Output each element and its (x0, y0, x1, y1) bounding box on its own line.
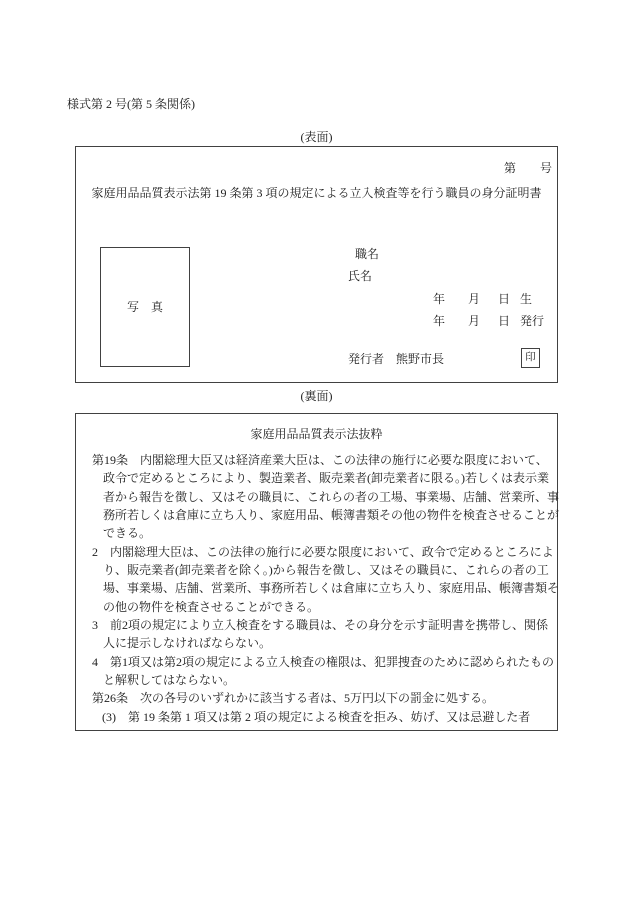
excerpt-line: り、販売業者(卸売業者を除く。)から報告を徴し、又はその職員に、これらの者の工 (76, 561, 557, 579)
issue-suffix-label: 発行 (520, 314, 544, 328)
birth-date-row: 年 月 日 生 (76, 292, 557, 306)
certificate-title: 家庭用品品質表示法第 19 条第 3 項の規定による立入検査等を行う職員の身分証… (76, 186, 557, 200)
excerpt-line: 2 内閣総理大臣は、この法律の施行に必要な限度において、政令で定めるところによ (76, 543, 557, 561)
back-side-label: (裏面) (75, 389, 558, 403)
excerpt-line: (3) 第 19 条第 1 項又は第 2 項の規定による検査を拒み、妨げ、又は忌… (76, 708, 557, 726)
day-label: 日 (498, 314, 510, 328)
front-certificate-box: 第 号 家庭用品品質表示法第 19 条第 3 項の規定による立入検査等を行う職員… (75, 146, 558, 383)
seal-mark: 印 (525, 352, 536, 364)
seal-box: 印 (521, 348, 540, 368)
month-label: 月 (468, 314, 480, 328)
excerpt-line: 務所若しくは倉庫に立ち入り、家庭用品、帳簿書類その他の物件を検査させることが (76, 506, 557, 524)
excerpt-line: 第19条 内閣総理大臣又は経済産業大臣は、この法律の施行に必要な限度において、 (76, 451, 557, 469)
excerpt-line: と解釈してはならない。 (76, 671, 557, 689)
day-label: 日 (498, 292, 510, 306)
year-label: 年 (433, 292, 445, 306)
doc-number-line: 第 号 (504, 161, 552, 175)
excerpt-line: できる。 (76, 524, 557, 542)
excerpt-title: 家庭用品品質表示法抜粋 (76, 427, 557, 441)
back-excerpt-box: 家庭用品品質表示法抜粋 第19条 内閣総理大臣又は経済産業大臣は、この法律の施行… (75, 413, 558, 731)
excerpt-line: 3 前2項の規定により立入検査をする職員は、その身分を示す証明書を携帯し、関係 (76, 616, 557, 634)
excerpt-line: 人に提示しなければならない。 (76, 634, 557, 652)
form-number-label: 様式第 2 号(第 5 条関係) (67, 97, 195, 111)
excerpt-line: 者から報告を徴し、又はその職員に、これらの者の工場、事業場、店舗、営業所、事 (76, 488, 557, 506)
month-label: 月 (468, 292, 480, 306)
photo-box: 写 真 (100, 247, 190, 367)
excerpt-line: の他の物件を検査させることができる。 (76, 598, 557, 616)
name-label: 氏名 (348, 269, 372, 283)
issue-date-row: 年 月 日 発行 (76, 314, 557, 328)
issuer-line: 発行者 熊野市長 (348, 352, 444, 366)
document-page: 様式第 2 号(第 5 条関係) (表面) 第 号 家庭用品品質表示法第 19 … (0, 0, 630, 915)
position-label: 職名 (355, 247, 379, 261)
birth-suffix-label: 生 (520, 292, 532, 306)
excerpt-line: 政令で定めるところにより、製造業者、販売業者(卸売業者に限る。)若しくは表示業 (76, 469, 557, 487)
excerpt-body: 第19条 内閣総理大臣又は経済産業大臣は、この法律の施行に必要な限度において、政… (76, 451, 557, 726)
excerpt-line: 4 第1項又は第2項の規定による立入検査の権限は、犯罪捜査のために認められたもの (76, 653, 557, 671)
excerpt-line: 場、事業場、店舗、営業所、事務所若しくは倉庫に立ち入り、家庭用品、帳簿書類そ (76, 579, 557, 597)
year-label: 年 (433, 314, 445, 328)
excerpt-line: 第26条 次の各号のいずれかに該当する者は、5万円以下の罰金に処する。 (76, 689, 557, 707)
front-side-label: (表面) (75, 130, 558, 144)
